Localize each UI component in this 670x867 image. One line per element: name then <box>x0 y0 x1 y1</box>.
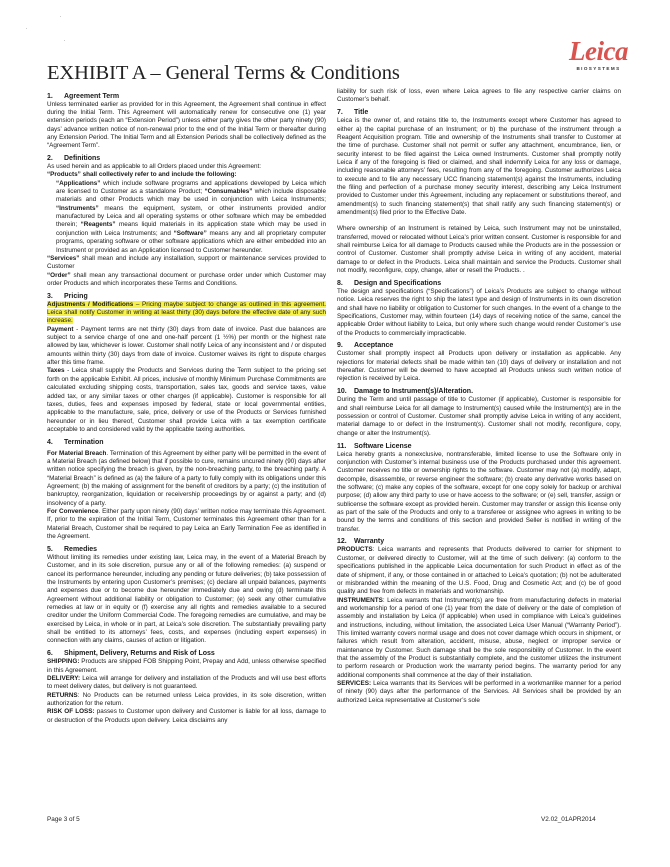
risk-of-loss-clause: RISK OF LOSS: passes to Customer upon de… <box>47 708 326 725</box>
warranty-instruments: INSTRUMENTS: Leica warrants that Instrum… <box>337 597 621 680</box>
section-7-paragraph-1: Leica is the owner of, and retains title… <box>337 117 621 217</box>
section-heading-12: 12.Warranty <box>337 537 621 546</box>
section-6-continued: liability for such risk of loss, even wh… <box>337 88 621 105</box>
section-heading-6: 6.Shipment, Delivery, Returns and Risk o… <box>47 649 326 658</box>
leica-logo: Leica BIOSYSTEMS <box>556 38 641 71</box>
section-10-body: During the Term and until passage of tit… <box>337 396 621 438</box>
delivery-clause: DELIVERY: Leica will arrange for deliver… <box>47 675 326 692</box>
products-definition-lead: “Products” shall collectively refer to a… <box>47 171 326 179</box>
warranty-products: PRODUCTS: Leica warrants and represents … <box>337 546 621 596</box>
section-9-body: Customer shall promptly inspect all Prod… <box>337 350 621 383</box>
pricing-taxes: Taxes - Leica shall supply the Products … <box>47 367 326 434</box>
scan-marks <box>18 14 78 44</box>
section-heading-5: 5.Remedies <box>47 545 326 554</box>
logo-subtitle: BIOSYSTEMS <box>556 66 641 71</box>
termination-convenience: For Convenience. Either party upon ninet… <box>47 508 326 541</box>
section-7-paragraph-2: Where ownership of an Instrument is reta… <box>337 225 621 275</box>
section-heading-2: 2.Definitions <box>47 154 326 163</box>
pricing-adjustments-highlighted: Adjustments / Modifications – Pricing ma… <box>47 301 326 326</box>
warranty-services: SERVICES: Leica warrants that its Servic… <box>337 680 621 705</box>
section-heading-11: 11.Software License <box>337 442 621 451</box>
section-heading-7: 7.Title <box>337 108 621 117</box>
section-heading-4: 4.Termination <box>47 438 326 447</box>
section-11-body: Leica hereby grants a nonexclusive, nont… <box>337 451 621 534</box>
section-heading-9: 9.Acceptance <box>337 341 621 350</box>
products-definitions: “Applications” which include software pr… <box>47 180 326 255</box>
section-heading-8: 8.Design and Specifications <box>337 279 621 288</box>
termination-material-breach: For Material Breach. Termination of this… <box>47 450 326 508</box>
logo-wordmark: Leica <box>556 38 641 64</box>
document-page: EXHIBIT A – General Terms & Conditions L… <box>0 0 670 867</box>
definitions-intro: As used herein and as applicable to all … <box>47 163 326 171</box>
section-1-body: Unless terminated earlier as provided fo… <box>47 101 326 151</box>
returns-clause: RETURNS: No Products can be returned unl… <box>47 692 326 709</box>
services-definition: “Services” shall mean and include any in… <box>47 255 326 272</box>
page-title: EXHIBIT A – General Terms & Conditions <box>47 62 400 85</box>
section-8-body: The design and specifications (“Specific… <box>337 288 621 338</box>
section-heading-10: 10.Damage to Instrument(s)/Alteration. <box>337 387 621 396</box>
pricing-payment: Payment - Payment terms are net thirty (… <box>47 326 326 368</box>
order-definition: “Order” shall mean any transactional doc… <box>47 272 326 289</box>
right-column: liability for such risk of loss, even wh… <box>337 88 621 705</box>
section-heading-1: 1.Agreement Term <box>47 92 326 101</box>
page-number: Page 3 of 5 <box>47 816 80 823</box>
section-5-body: Without limiting its remedies under exis… <box>47 554 326 646</box>
shipping-clause: SHIPPING: Products are shipped FOB Shipp… <box>47 658 326 675</box>
section-heading-3: 3.Pricing <box>47 292 326 301</box>
left-column: 1.Agreement Term Unless terminated earli… <box>47 88 326 725</box>
document-version: V2.02_01APR2014 <box>541 816 596 823</box>
